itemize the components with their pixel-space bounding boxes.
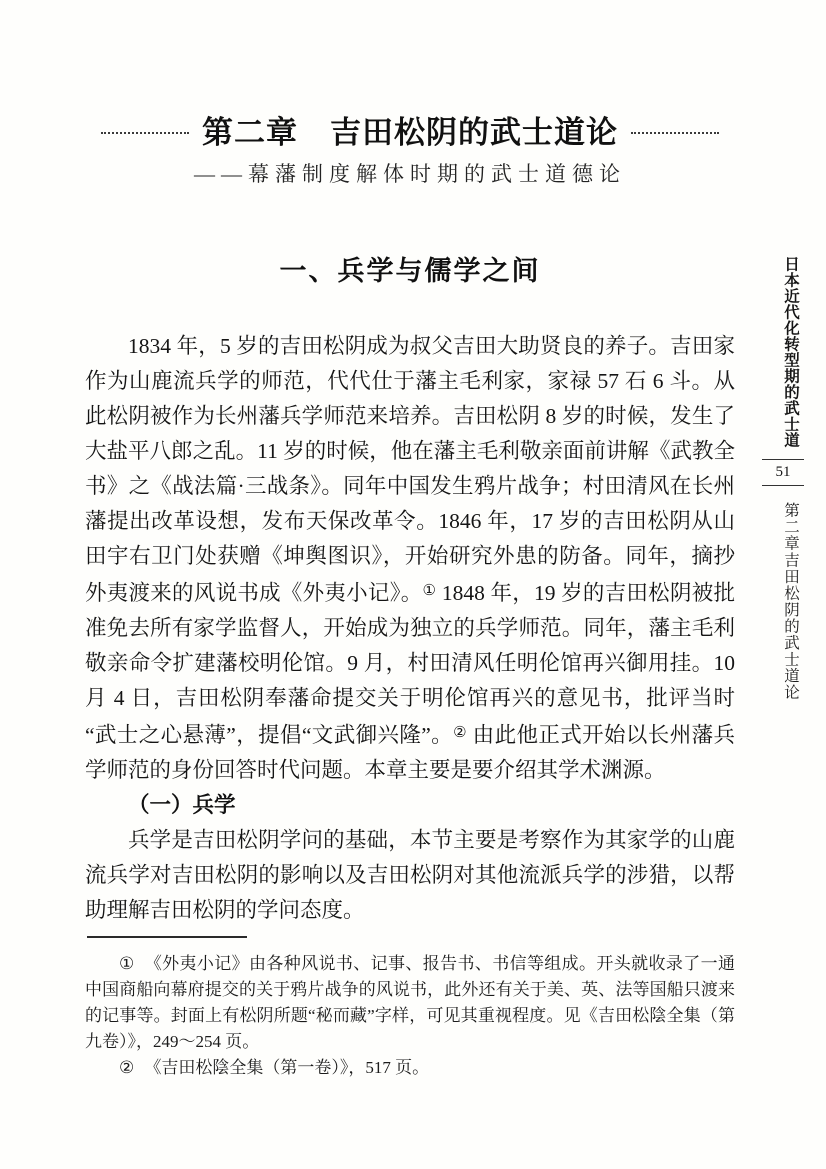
footnote-ref-1: ① [422, 583, 436, 599]
chapter-header: 第二章 吉田松阴的武士道论 ——幕藩制度解体时期的武士道德论 [85, 112, 735, 189]
right-dotted-rule [631, 132, 719, 134]
sidebar-chapter-title: 第二章吉田松阴的武士道论 [781, 502, 814, 700]
footnote-1-marker: ① [119, 954, 135, 973]
chapter-title-row: 第二章 吉田松阴的武士道论 [85, 112, 735, 154]
left-dotted-rule [101, 132, 189, 134]
section-heading: 一、兵学与儒学之间 [85, 251, 735, 291]
sidebar-page-number-block: 51 [762, 459, 804, 486]
footnote-1: ①《外夷小记》由各种风说书、记事、报告书、书信等组成。开头就收录了一通中国商船向… [85, 951, 735, 1055]
book-page: 第二章 吉田松阴的武士道论 ——幕藩制度解体时期的武士道德论 一、兵学与儒学之间… [0, 0, 826, 1169]
footnote-divider [87, 936, 247, 938]
body-text: 1834 年，5 岁的吉田松阴成为叔父吉田大助贤良的养子。吉田家作为山鹿流兵学的… [85, 329, 735, 928]
paragraph-2: 兵学是吉田松阴学问的基础，本节主要是考察作为其家学的山鹿流兵学对吉田松阴的影响以… [85, 823, 735, 928]
footnotes-block: ①《外夷小记》由各种风说书、记事、报告书、书信等组成。开头就收录了一通中国商船向… [85, 936, 735, 1081]
sidebar-chapter-name: 吉田松阴的武士道论 [781, 552, 800, 701]
sidebar-book-title: 日本近代化转型期的武士道 [780, 256, 800, 448]
chapter-subtitle: ——幕藩制度解体时期的武士道德论 [85, 159, 735, 189]
footnote-ref-2: ② [453, 725, 467, 741]
page-number: 51 [762, 460, 804, 485]
subsection-heading: （一）兵学 [85, 788, 735, 823]
footnote-2-marker: ② [119, 1058, 134, 1077]
page-number-bottom-rule [762, 485, 804, 486]
sidebar-chapter-label: 第二章 [782, 502, 799, 552]
chapter-title: 第二章 吉田松阴的武士道论 [202, 112, 618, 154]
paragraph-1: 1834 年，5 岁的吉田松阴成为叔父吉田大助贤良的养子。吉田家作为山鹿流兵学的… [85, 329, 735, 788]
footnote-1-text: 《外夷小记》由各种风说书、记事、报告书、书信等组成。开头就收录了一通中国商船向幕… [85, 954, 735, 1051]
footnote-2-text: 《吉田松陰全集（第一卷）》，517 页。 [144, 1058, 429, 1077]
footnote-2: ②《吉田松陰全集（第一卷）》，517 页。 [85, 1055, 735, 1081]
paragraph-1-part-1: 1834 年，5 岁的吉田松阴成为叔父吉田大助贤良的养子。吉田家作为山鹿流兵学的… [85, 334, 735, 605]
